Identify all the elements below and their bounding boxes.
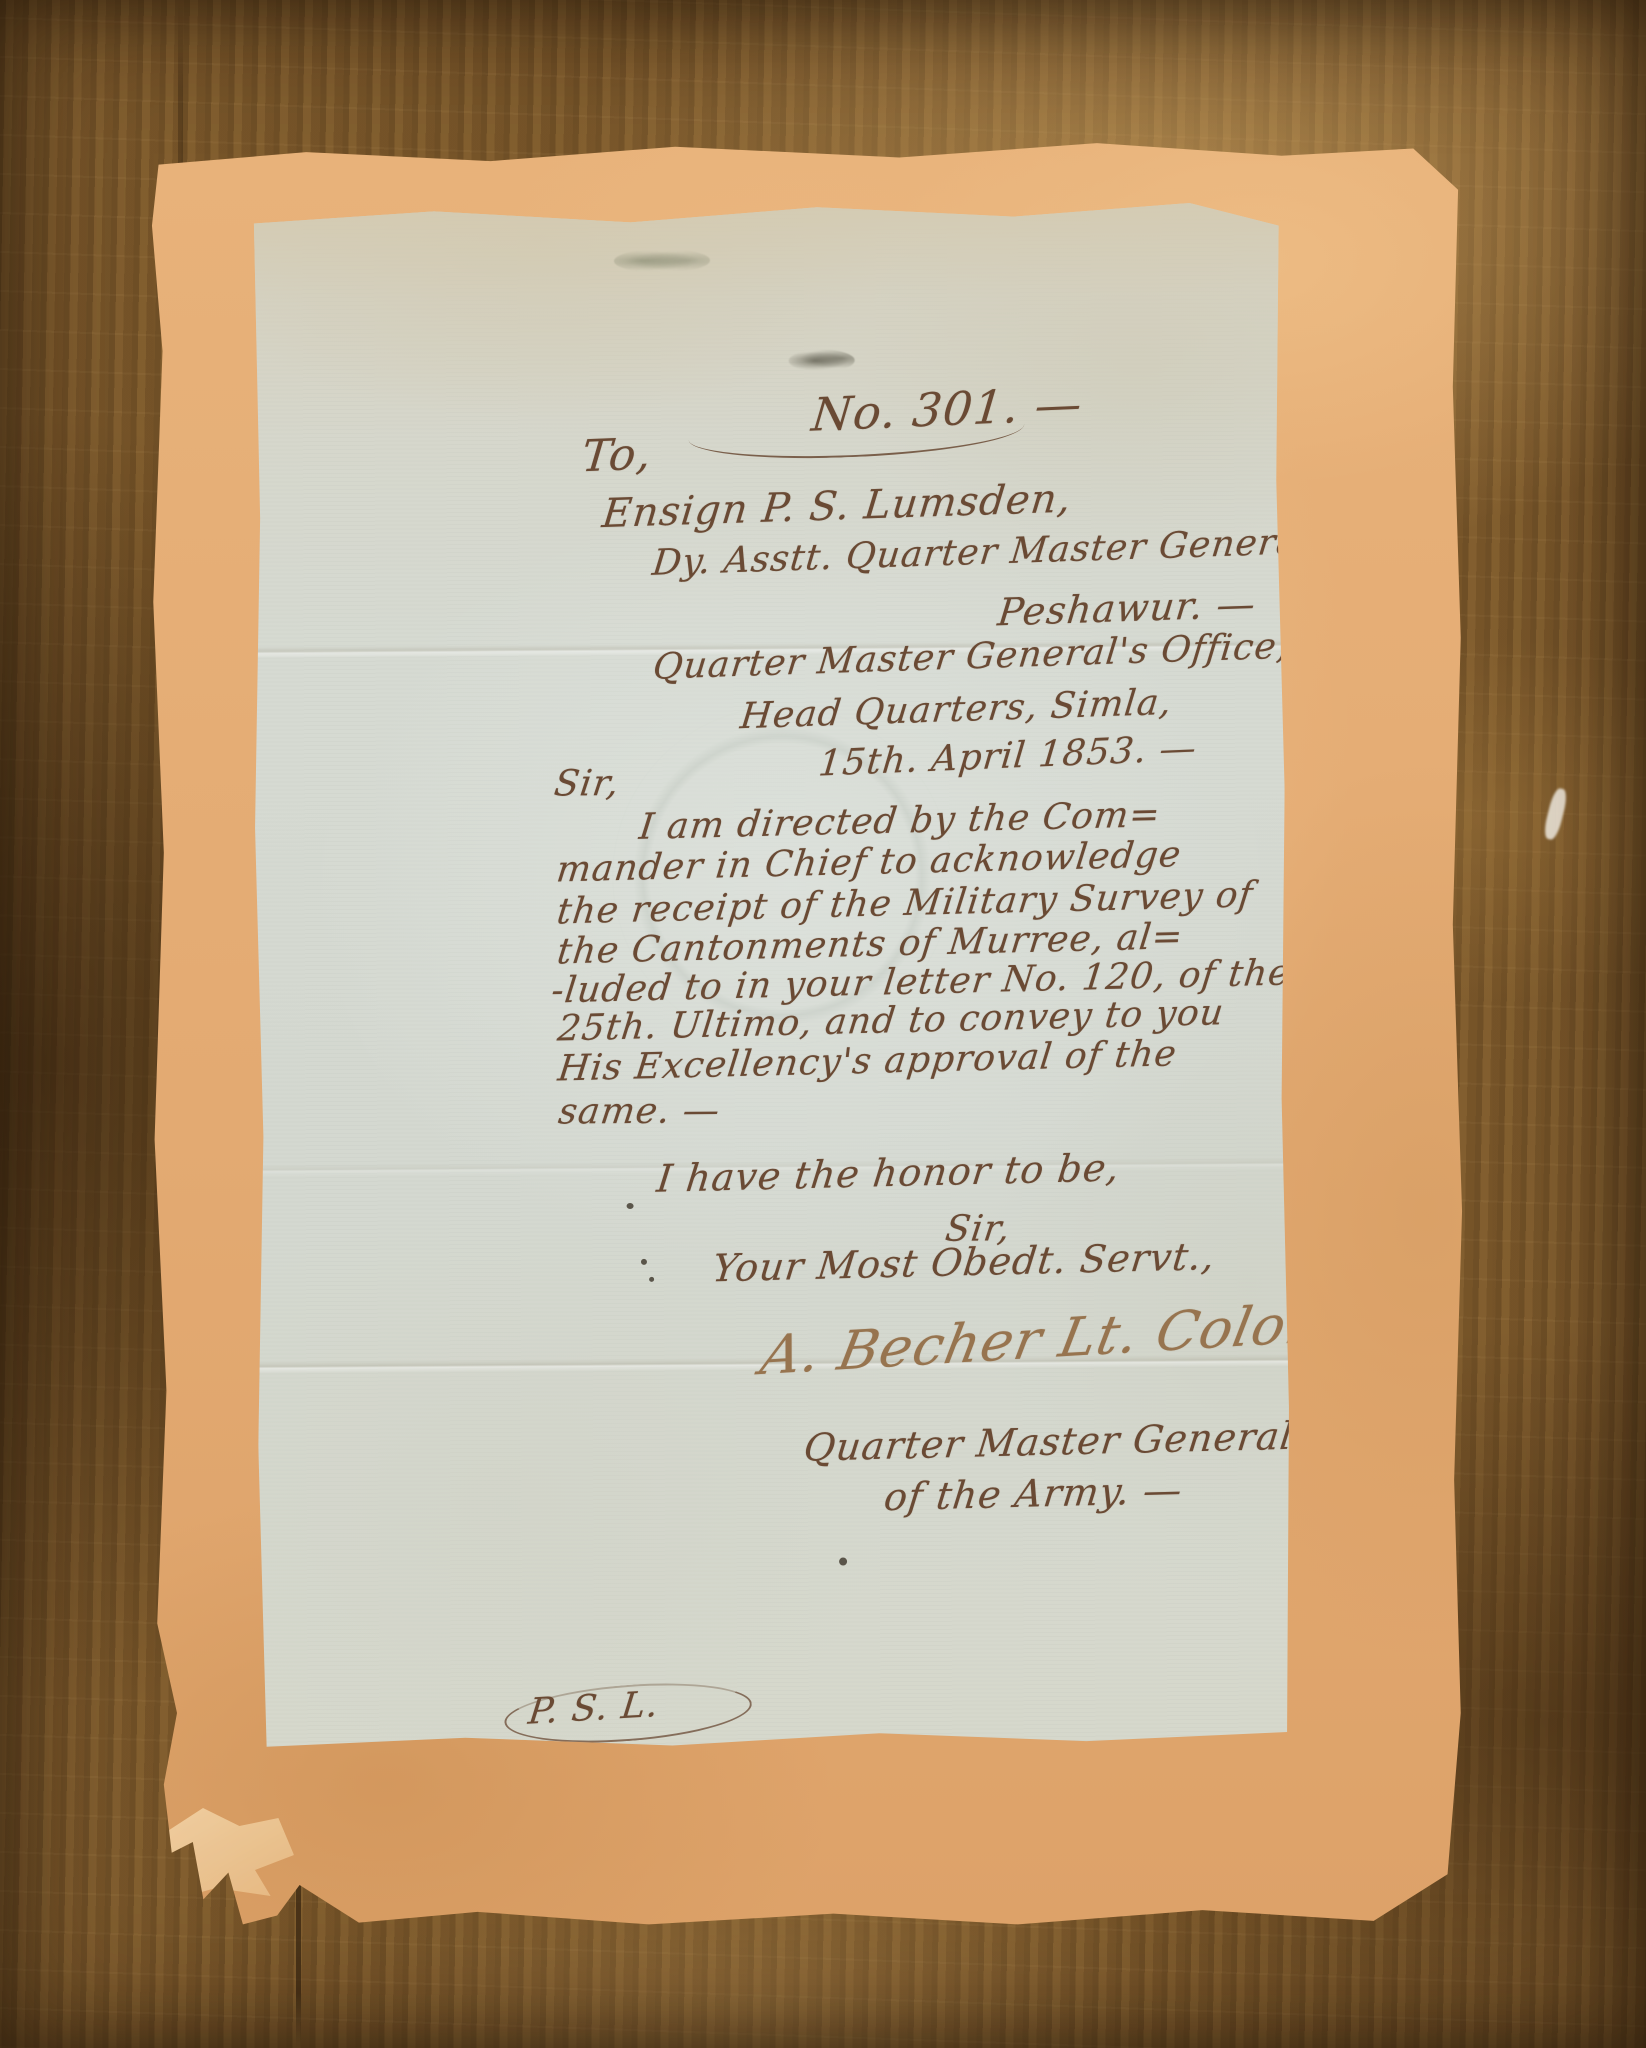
- salutation: Sir,: [552, 763, 622, 804]
- letter-paper: No. 301. — To, Ensign P. S. Lumsden, Dy.…: [248, 202, 1294, 1754]
- docket-initials: P. S. L.: [526, 1684, 661, 1733]
- signer-title-line2: of the Army. —: [882, 1468, 1185, 1519]
- signature: A. Becher Lt. Colonel: [756, 1288, 1380, 1387]
- stain: [789, 349, 855, 371]
- ink-speck: [649, 1277, 654, 1282]
- ink-speck: [641, 1259, 647, 1265]
- underline-flourish: [688, 401, 1025, 462]
- closing-servant-line: Your Most Obedt. Servt.,: [710, 1234, 1218, 1290]
- paint-speck: [1542, 787, 1569, 841]
- mount-board: No. 301. — To, Ensign P. S. Lumsden, Dy.…: [148, 136, 1466, 1928]
- signer-title-line1: Quarter Master General: [801, 1414, 1295, 1470]
- stain: [614, 248, 710, 273]
- photo-scene: { "letter": { "doc_number": "No. 301. —"…: [0, 0, 1646, 2048]
- closing-honor-line: I have the honor to be,: [655, 1145, 1123, 1200]
- ink-speck: [839, 1557, 847, 1565]
- headquarters-line: Head Quarters, Simla,: [738, 682, 1174, 737]
- office-line: Quarter Master General's Office,: [651, 626, 1292, 688]
- address-to: To,: [580, 428, 655, 482]
- address-place: Peshawur. —: [996, 582, 1259, 635]
- body-line: same. —: [556, 1090, 723, 1132]
- ink-speck: [627, 1203, 634, 1209]
- address-name: Ensign P. S. Lumsden,: [600, 476, 1074, 538]
